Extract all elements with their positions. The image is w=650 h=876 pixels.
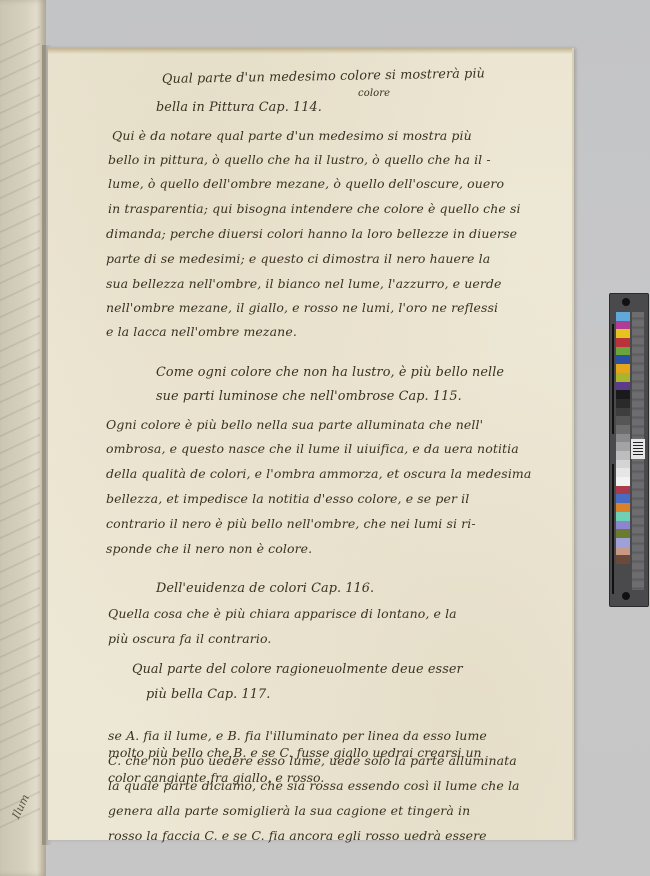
color-patch	[616, 425, 630, 434]
body-line: nell'ombre mezane, il giallo, e rosso ne…	[106, 300, 498, 315]
body-line: e la lacca nell'ombre mezane.	[106, 324, 297, 339]
body-line: Ogni colore è più bello nella sua parte …	[106, 417, 483, 432]
color-patch	[616, 529, 630, 538]
color-patch	[616, 512, 630, 521]
manuscript-page: Qual parte d'un medesimo colore si mostr…	[48, 48, 574, 840]
color-patch	[616, 442, 630, 451]
body-line: bello in pittura, ò quello che ha il lus…	[108, 152, 491, 167]
color-patch	[616, 477, 630, 486]
color-patch	[616, 338, 630, 347]
color-patch	[616, 373, 630, 382]
body-line: se A. fia il lume, e B. fia l'illuminato…	[108, 728, 487, 743]
target-label	[631, 439, 645, 459]
color-patch	[616, 347, 630, 356]
body-line: parte di se medesimi; e questo ci dimost…	[106, 251, 490, 266]
chapter-heading-114-line-1: Qual parte d'un medesimo colore si mostr…	[162, 66, 485, 87]
color-patch	[616, 555, 630, 564]
color-patch	[616, 451, 630, 460]
color-patch	[616, 434, 630, 443]
color-patch	[616, 460, 630, 469]
color-patch	[616, 355, 630, 364]
body-line: genera alla parte somiglierà la sua cagi…	[108, 803, 470, 818]
interlinear-insertion: colore	[358, 88, 390, 99]
target-hole-bottom	[622, 592, 630, 600]
color-patch	[616, 312, 630, 321]
color-patch	[616, 321, 630, 330]
facing-page-bleed-text	[0, 11, 40, 830]
color-patch	[616, 538, 630, 547]
color-patches	[616, 312, 630, 564]
body-line: ombrosa, e questo nasce che il lume il u…	[106, 441, 519, 456]
color-calibration-target	[609, 293, 649, 607]
body-line: lume, ò quello dell'ombre mezane, ò quel…	[108, 176, 504, 191]
chapter-heading-114-line-2: bella in Pittura Cap. 114.	[156, 100, 322, 115]
color-patch	[616, 521, 630, 530]
body-line: contrario il nero è più bello nell'ombre…	[106, 516, 476, 531]
body-line: sua bellezza nell'ombre, il bianco nel l…	[106, 276, 502, 291]
color-patch	[616, 494, 630, 503]
body-line: Qui è da notare qual parte d'un medesimo…	[112, 128, 472, 143]
body-line: in trasparentia; qui bisogna intendere c…	[108, 201, 521, 216]
color-patch	[616, 329, 630, 338]
body-line: sponde che il nero non è colore.	[106, 541, 312, 556]
color-patch	[616, 408, 630, 417]
color-patch	[616, 468, 630, 477]
color-patch	[616, 390, 630, 399]
chapter-heading-117-line-1: Qual parte del colore ragioneuolmente de…	[132, 662, 463, 677]
chapter-heading-115-line-2: sue parti luminose che nell'ombrose Cap.…	[156, 389, 462, 404]
body-line: dimanda; perche diuersi colori hanno la …	[106, 226, 517, 241]
body-line: Quella cosa che è più chiara apparisce d…	[108, 606, 457, 621]
color-patch	[616, 416, 630, 425]
target-side-bar	[612, 324, 614, 434]
chapter-heading-116: Dell'euidenza de colori Cap. 116.	[156, 581, 374, 596]
facing-page: Ilum	[0, 0, 46, 876]
body-line: color cangiante fra giallo, e rosso.	[108, 770, 324, 785]
body-line: più oscura fa il contrario.	[108, 631, 271, 646]
color-patch	[616, 364, 630, 373]
barcode-icon	[633, 442, 643, 456]
body-line: bellezza, et impedisce la notitia d'esso…	[106, 491, 469, 506]
body-line: molto più bello che B. e se C. fusse gia…	[108, 745, 482, 760]
body-line: della qualità de colori, e l'ombra ammor…	[106, 466, 531, 481]
body-line: rosso la faccia C. e se C. fia ancora eg…	[108, 828, 487, 843]
target-side-bar	[612, 464, 614, 594]
chapter-heading-117-line-2: più bella Cap. 117.	[146, 687, 270, 702]
color-patch	[616, 486, 630, 495]
chapter-heading-115-line-1: Come ogni colore che non ha lustro, è pi…	[156, 365, 504, 380]
color-patch	[616, 399, 630, 408]
color-patch	[616, 547, 630, 556]
color-patch	[616, 503, 630, 512]
color-patch	[616, 382, 630, 391]
target-hole-top	[622, 298, 630, 306]
